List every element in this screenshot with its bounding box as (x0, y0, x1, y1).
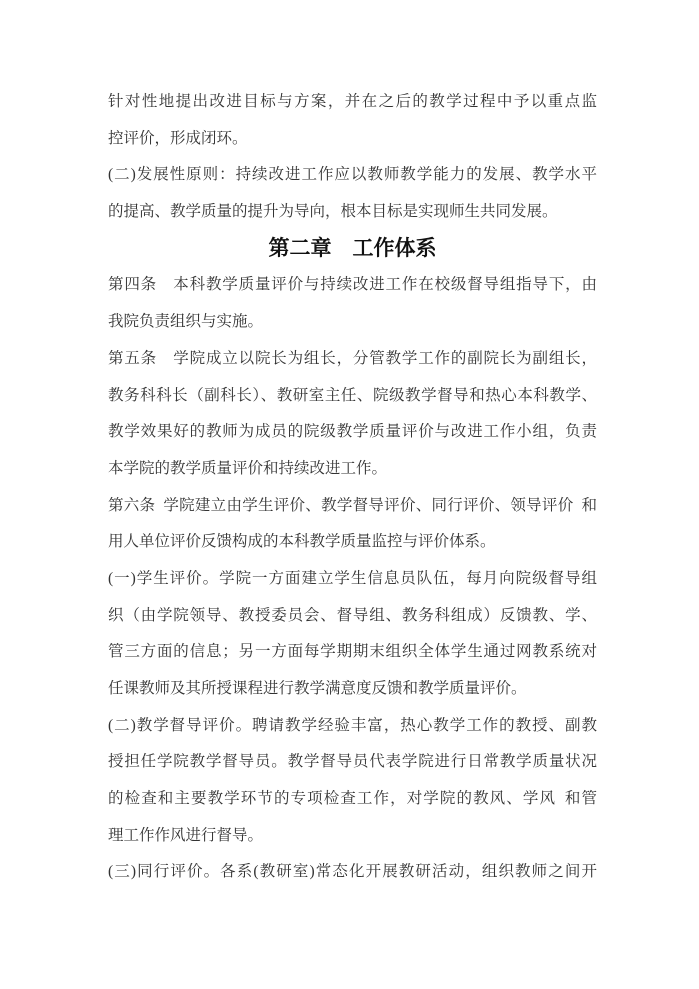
text-line: 织（由学院领导、教授委员会、督导组、教务科组成）反馈教、学、 (108, 598, 597, 635)
text-line: 教务科科长（副科长）、教研室主任、院级教学督导和热心本科教学、 (108, 378, 597, 415)
text-line: 教学效果好的教师为成员的院级教学质量评价与改进工作小组，负责 (108, 414, 597, 451)
text-line: 用人单位评价反馈构成的本科教学质量监控与评价体系。 (108, 524, 597, 561)
document-text-column: 针对性地提出改进目标与方案，并在之后的教学过程中予以重点监 控评价，形成闭环。 … (108, 84, 597, 891)
text-line: 控评价，形成闭环。 (108, 121, 597, 158)
text-line: (三)同行评价。各系(教研室)常态化开展教研活动，组织教师之间开 (108, 854, 597, 891)
text-line: 第六条 学院建立由学生评价、教学督导评价、同行评价、领导评价 和 (108, 488, 597, 525)
text-line: 管三方面的信息；另一方面每学期期末组织全体学生通过网教系统对 (108, 634, 597, 671)
text-line: 第四条 本科教学质量评价与持续改进工作在校级督导组指导下，由 (108, 267, 597, 304)
text-line: 第五条 学院成立以院长为组长，分管教学工作的副院长为副组长， (108, 341, 597, 378)
text-line: 我院负责组织与实施。 (108, 304, 597, 341)
text-line: 针对性地提出改进目标与方案，并在之后的教学过程中予以重点监 (108, 84, 597, 121)
text-line: 的检查和主要教学环节的专项检查工作，对学院的教风、学风 和管 (108, 781, 597, 818)
text-line: 授担任学院教学督导员。教学督导员代表学院进行日常教学质量状况 (108, 744, 597, 781)
text-line: (一)学生评价。学院一方面建立学生信息员队伍，每月向院级督导组 (108, 561, 597, 598)
text-line: (二)发展性原则：持续改进工作应以教师教学能力的发展、教学水平 (108, 157, 597, 194)
text-line: (二)教学督导评价。聘请教学经验丰富，热心教学工作的教授、副教 (108, 708, 597, 745)
text-line: 的提高、教学质量的提升为导向，根本目标是实现师生共同发展。 (108, 194, 597, 231)
chapter-heading: 第二章 工作体系 (108, 231, 597, 268)
text-line: 任课教师及其所授课程进行教学满意度反馈和教学质量评价。 (108, 671, 597, 708)
text-line: 本学院的教学质量评价和持续改进工作。 (108, 451, 597, 488)
text-line: 理工作作风进行督导。 (108, 818, 597, 855)
document-page: 针对性地提出改进目标与方案，并在之后的教学过程中予以重点监 控评价，形成闭环。 … (0, 0, 699, 989)
